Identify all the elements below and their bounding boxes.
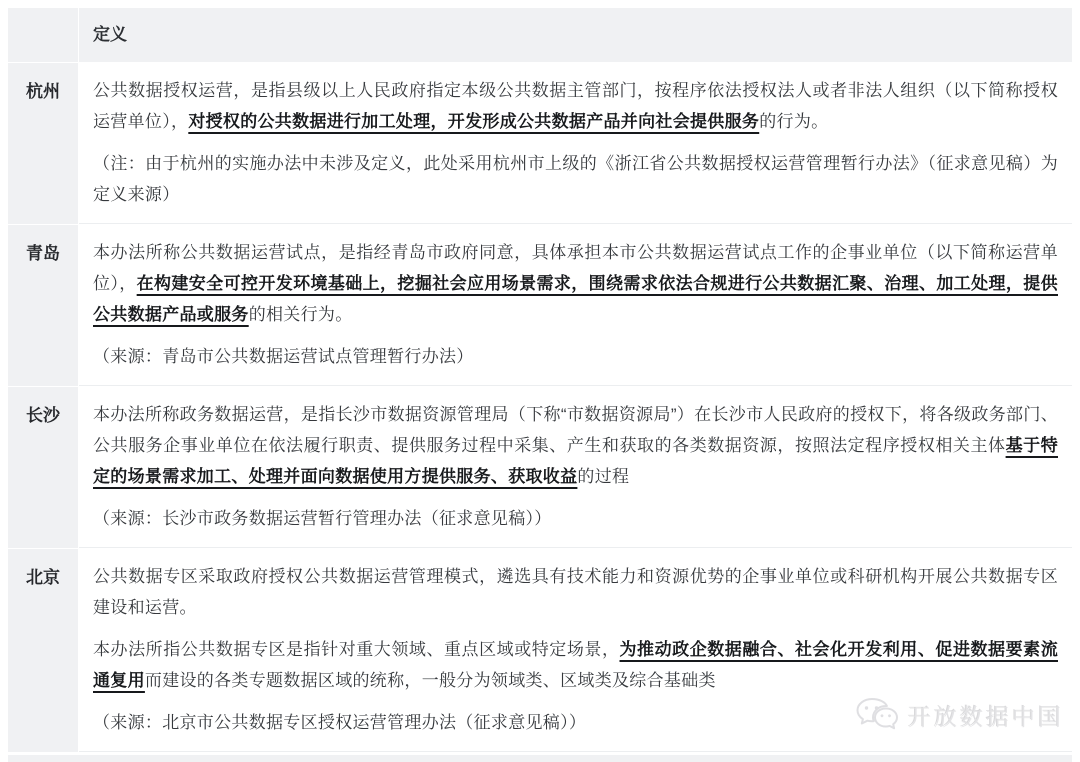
definition-paragraph: 本办法所指公共数据专区是指针对重大领域、重点区域或特定场景，为推动政企数据融合、… (93, 634, 1058, 696)
definition-paragraph: 公共数据专区采取政府授权公共数据运营管理模式，遴选具有技术能力和资源优势的企事业… (93, 561, 1058, 623)
definition-paragraph: 本办法所称公共数据运营试点，是指经青岛市政府同意，具体承担本市公共数据运营试点工… (93, 237, 1058, 330)
body-text: 本办法所指公共数据专区是指针对重大领域、重点区域或特定场景， (93, 640, 620, 659)
row-city-label: 长沙 (8, 387, 78, 548)
definition-header-label: 定义 (93, 25, 127, 44)
definition-paragraph: 本办法所称政务数据运营，是指长沙市数据资源管理局（下称“市数据资源局”）在长沙市… (93, 399, 1058, 492)
definition-paragraph: （来源：青岛市公共数据运营试点管理暂行办法） (93, 341, 1058, 372)
header-blank-cell (8, 8, 78, 62)
emphasized-text: 在构建安全可控开发环境基础上，挖掘社会应用场景需求，围绕需求依法合规进行公共数据… (93, 274, 1058, 324)
row-definition-cell: 本办法所称公共数据运营试点，是指经青岛市政府同意，具体承担本市公共数据运营试点工… (79, 225, 1072, 386)
body-text: 本办法所称政务数据运营，是指长沙市数据资源管理局（下称“市数据资源局”）在长沙市… (93, 405, 1058, 455)
body-text: （来源：北京市公共数据专区授权运营管理办法（征求意见稿）） (93, 713, 586, 732)
row-definition-cell: 本办法所称政务数据运营，是指长沙市数据资源管理局（下称“市数据资源局”）在长沙市… (79, 387, 1072, 548)
article-table-page: 定义 杭州公共数据授权运营，是指县级以上人民政府指定本级公共数据主管部门，按程序… (0, 0, 1080, 762)
row-definition-cell: 公共数据授权运营，是指县级以上人民政府指定本级公共数据主管部门，按程序依法授权法… (79, 63, 1072, 224)
body-text: 的相关行为。 (249, 305, 353, 324)
body-text: （来源：青岛市公共数据运营试点管理暂行办法） (93, 347, 474, 366)
body-text: 的过程 (577, 467, 629, 486)
definition-paragraph: （来源：北京市公共数据专区授权运营管理办法（征求意见稿）） (93, 707, 1058, 738)
row-definition-cell: 公共数据专区采取政府授权公共数据运营管理模式，遴选具有技术能力和资源优势的企事业… (79, 549, 1072, 752)
body-text: 公共数据专区采取政府授权公共数据运营管理模式，遴选具有技术能力和资源优势的企事业… (93, 567, 1058, 617)
header-definition-cell: 定义 (79, 8, 1072, 62)
body-text: （注：由于杭州的实施办法中未涉及定义，此处采用杭州市上级的《浙江省公共数据授权运… (93, 154, 1058, 204)
definition-paragraph: （来源：长沙市政务数据运营暂行管理办法（征求意见稿）） (93, 503, 1058, 534)
row-city-label: 北京 (8, 549, 78, 752)
definition-paragraph: （注：由于杭州的实施办法中未涉及定义，此处采用杭州市上级的《浙江省公共数据授权运… (93, 148, 1058, 210)
body-text: （来源：长沙市政务数据运营暂行管理办法（征求意见稿）） (93, 509, 552, 528)
emphasized-text: 对授权的公共数据进行加工处理，开发形成公共数据产品并向社会提供服务 (188, 112, 759, 131)
body-text: 的行为。 (759, 112, 828, 131)
row-city-label: 杭州 (8, 63, 78, 224)
row-city-label: 青岛 (8, 225, 78, 386)
definition-paragraph: 公共数据授权运营，是指县级以上人民政府指定本级公共数据主管部门，按程序依法授权法… (93, 75, 1058, 137)
definitions-table: 定义 杭州公共数据授权运营，是指县级以上人民政府指定本级公共数据主管部门，按程序… (8, 8, 1072, 752)
body-text: 而建设的各类专题数据区域的统称，一般分为领域类、区域类及综合基础类 (145, 671, 716, 690)
next-row-partial-strip (8, 755, 1072, 762)
